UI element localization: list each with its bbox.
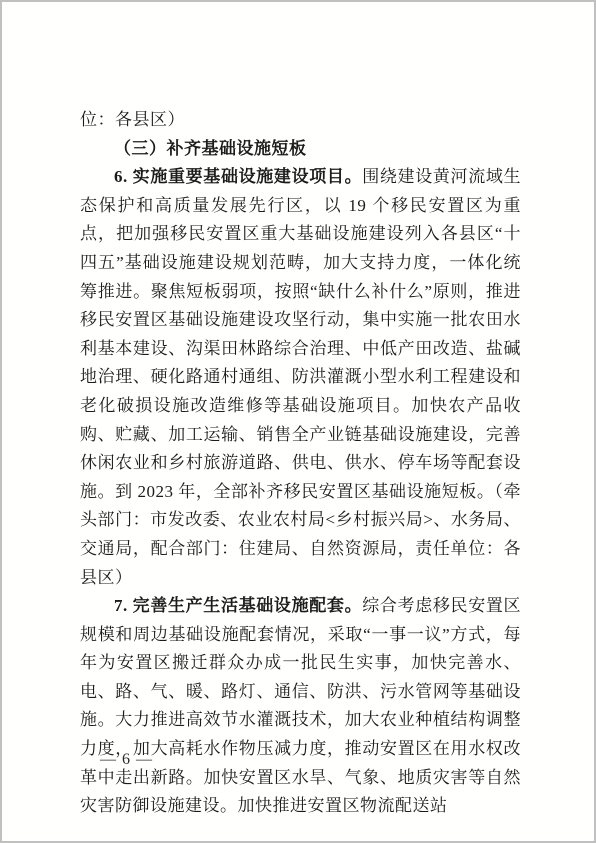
document-body: 位：各县区） （三）补齐基础设施短板 6. 实施重要基础设施建设项目。围绕建设黄… — [80, 106, 521, 821]
continuation-line: 位：各县区） — [80, 106, 521, 135]
paragraph-item-6-body: 围绕建设黄河流域生态保护和高质量发展先行区，以 19 个移民安置区为重点，把加强… — [80, 167, 521, 586]
paragraph-item-7: 7. 完善生产生活基础设施配套。综合考虑移民安置区规模和周边基础设施配套情况，采… — [80, 592, 521, 821]
paragraph-item-7-body: 综合考虑移民安置区规模和周边基础设施配套情况，采取“一事一议”方式，每年为安置区… — [80, 596, 521, 815]
section-heading: （三）补齐基础设施短板 — [80, 135, 521, 164]
paragraph-item-6-lead: 6. 实施重要基础设施建设项目。 — [114, 167, 362, 186]
document-page: 位：各县区） （三）补齐基础设施短板 6. 实施重要基础设施建设项目。围绕建设黄… — [0, 0, 596, 843]
paragraph-item-6: 6. 实施重要基础设施建设项目。围绕建设黄河流域生态保护和高质量发展先行区，以 … — [80, 163, 521, 592]
page-number: — 6 — — [100, 748, 153, 772]
paragraph-item-7-lead: 7. 完善生产生活基础设施配套。 — [114, 596, 362, 615]
